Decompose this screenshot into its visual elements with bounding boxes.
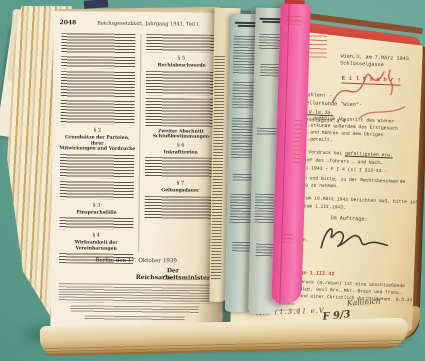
print-text-block — [211, 56, 225, 281]
print-text-block — [294, 120, 302, 166]
photo-open-book-scene: 2048 Reichsgesetzblatt, Jahrgang 1941, T… — [0, 0, 425, 361]
kallinich-signature: Kallinich — [347, 296, 381, 307]
gazette-columns: § 2 Grundsätze der Parteien, ihrer Mitwi… — [58, 33, 218, 253]
gazette-header-row: 2048 Reichsgesetzblatt, Jahrgang 1941, T… — [60, 19, 220, 28]
section-heading: Wirksamkeit der Vereinbarungen — [58, 240, 134, 252]
body-text-column-left: § 2 Grundsätze der Parteien, ihrer Mitwi… — [58, 33, 136, 252]
ink-signature — [315, 220, 394, 259]
print-text-block — [60, 100, 134, 125]
print-text-block — [59, 217, 133, 230]
footer-rule — [59, 283, 211, 286]
typed-paragraph-line: …geteilt. — [307, 138, 332, 144]
section-heading: Mitwirkungen und Vordrucke — [59, 146, 135, 152]
imprint-text-block — [59, 286, 211, 304]
print-text-block — [60, 181, 134, 200]
imprint-text-block — [84, 315, 184, 320]
section-heading: Einspruchsfälle — [59, 210, 135, 216]
gazette-dateline: Berlin, den 17. Oktober 1939 — [81, 257, 191, 264]
page-number: 2048 — [60, 19, 77, 26]
page-edge-lines — [44, 340, 404, 356]
print-text-block — [61, 33, 135, 54]
section-heading: Grundsätze der Parteien, ihrer — [59, 135, 135, 147]
gazette-header: Reichsgesetzblatt, Jahrgang 1941, Teil I — [76, 20, 219, 28]
imprint-text-block — [71, 305, 199, 313]
section-mark: § 2 — [59, 127, 135, 134]
section-mark: § 4 — [58, 232, 134, 239]
section-mark: § 3 — [59, 202, 135, 209]
print-text-block — [281, 234, 293, 243]
underlined-fragment: gefälligsten erw. — [345, 152, 393, 159]
print-text-block — [60, 154, 134, 179]
pink-sheet-crease — [279, 4, 289, 304]
print-text-block — [61, 71, 135, 98]
print-text-block — [61, 56, 135, 69]
print-text-block — [286, 16, 302, 25]
minister-deputy-line: Ober… — [147, 275, 197, 282]
